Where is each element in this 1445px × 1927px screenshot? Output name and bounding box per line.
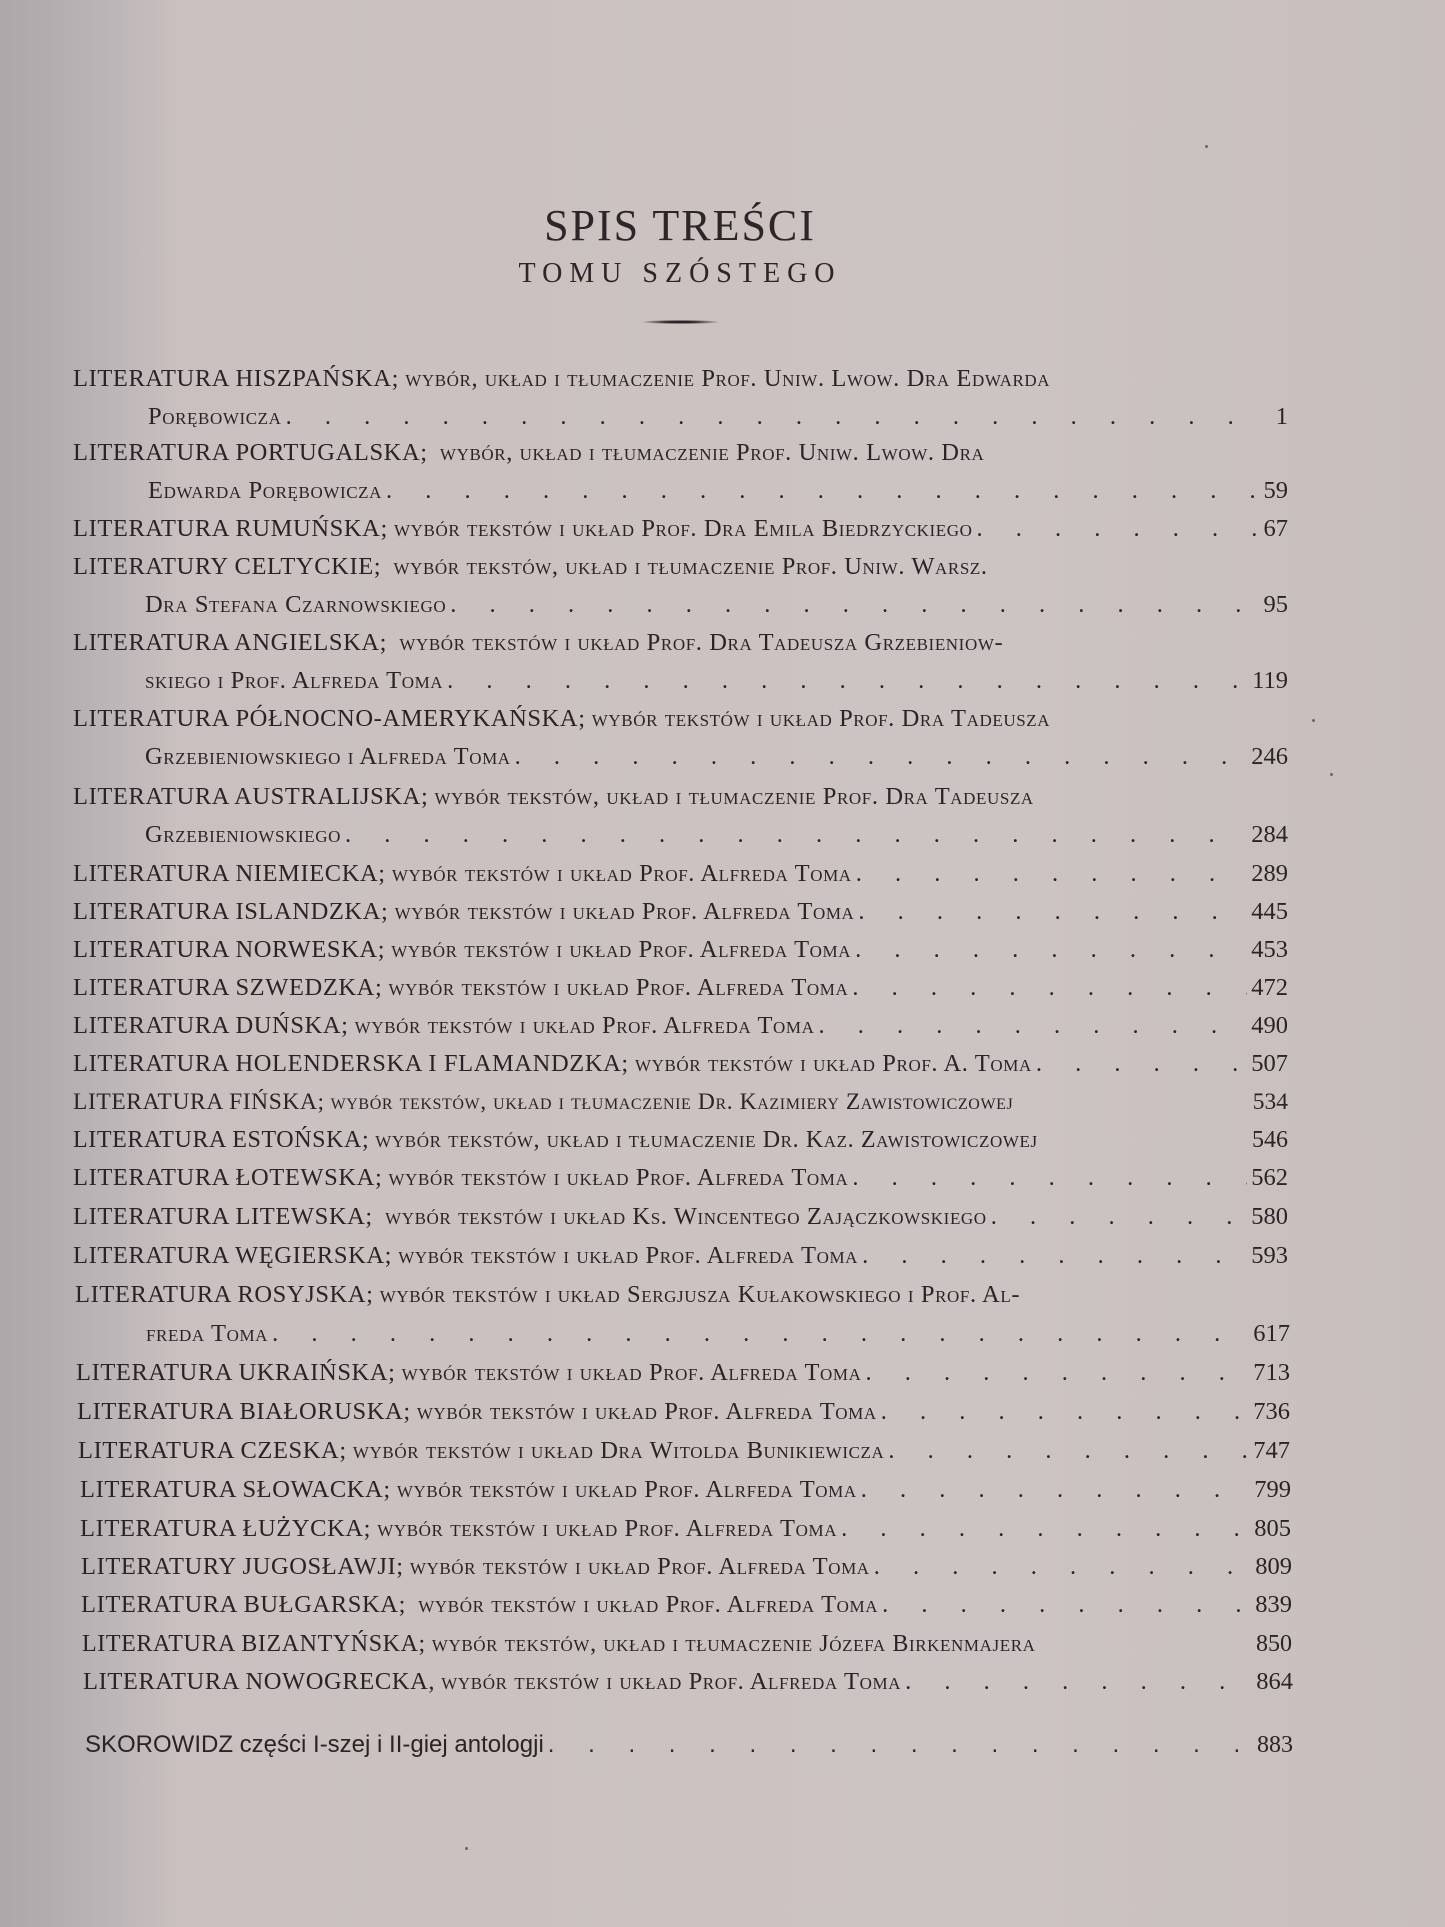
dot-leader: . . . . . . . . . . . . . . . . . . . . …	[1036, 1047, 1247, 1081]
page-number: 839	[1255, 1588, 1292, 1622]
page-number: 809	[1255, 1550, 1292, 1584]
toc-entry: LITERATURA UKRAIŃSKA; wybór tekstów i uk…	[76, 1356, 1290, 1390]
entry-author: Dra Stefana Czarnowskiego	[145, 588, 446, 622]
toc-entry: LITERATURA DUŃSKA; wybór tekstów i układ…	[73, 1009, 1288, 1043]
dot-leader: . . . . . . . . . . . . . . . . . . . . …	[861, 1473, 1251, 1507]
entry-description: wybór tekstów i układ Prof. Alfreda Toma	[398, 1239, 858, 1273]
dot-leader: . . . . . . . . . . . . . . . . . . . . …	[881, 1395, 1250, 1429]
entry-heading: LITERATURA NORWESKA;	[73, 933, 385, 967]
entry-heading: LITERATURA WĘGIERSKA;	[73, 1239, 392, 1273]
entry-description: wybór tekstów i układ Prof. Dra Tadeusza…	[399, 626, 1003, 660]
entry-author: Grzebieniowskiego i Alfreda Toma	[145, 740, 511, 774]
entry-heading: LITERATURY JUGOSŁAWJI;	[81, 1550, 404, 1584]
toc-entry: LITERATURA RUMUŃSKA; wybór tekstów i ukł…	[73, 512, 1288, 546]
dot-leader: . . . . . . . . . . . . . . . . . . . . …	[905, 1665, 1252, 1699]
entry-heading: LITERATURA CZESKA;	[78, 1434, 347, 1468]
entry-heading: LITERATURA NOWOGRECKA,	[83, 1665, 435, 1699]
entry-description: wybór tekstów, układ i tłumaczenie Józef…	[432, 1627, 1036, 1661]
entry-heading: LITERATURY CELTYCKIE;	[73, 550, 381, 584]
page-number: 453	[1251, 933, 1288, 967]
page-number: 747	[1253, 1434, 1290, 1468]
toc-entry: LITERATURA NIEMIECKA; wybór tekstów i uk…	[73, 857, 1288, 891]
entry-heading: LITERATURA PÓŁNOCNO-AMERYKAŃSKA;	[73, 702, 586, 736]
toc-entry: LITERATURA HOLENDERSKA I FLAMANDZKA; wyb…	[73, 1047, 1288, 1081]
toc-entry-continuation: Grzebieniowskiego i Alfreda Toma . . . .…	[145, 740, 1288, 774]
entry-author: Edwarda Porębowicza	[148, 474, 382, 508]
dot-leader: . . . . . . . . . . . . . . . . . . . . …	[862, 1239, 1247, 1273]
entry-heading: LITERATURA FIŃSKA;	[73, 1085, 325, 1119]
dot-leader: . . . . . . . . . . . . . . . . . . . . …	[841, 1512, 1250, 1546]
entry-description: wybór tekstów i układ Dra Witolda Buniki…	[353, 1434, 885, 1468]
entry-description: wybór, układ i tłumaczenie Prof. Uniw. L…	[440, 439, 985, 466]
dot-leader: . . . . . . . . . . . . . . . . . . . . …	[977, 512, 1260, 546]
page-number: 507	[1251, 1047, 1288, 1081]
entry-heading: LITERATURA ŁOTEWSKA;	[73, 1161, 382, 1195]
toc-entry: LITERATURA HISZPAŃSKA; wybór, układ i tł…	[73, 362, 1233, 396]
entry-heading: LITERATURA NIEMIECKA;	[73, 857, 386, 891]
entry-heading: LITERATURA RUMUŃSKA;	[73, 512, 388, 546]
entry-description: wybór tekstów i układ Prof. Alrfeda Toma	[397, 1473, 857, 1507]
entry-description: wybór tekstów i układ Prof. Alfreda Toma	[410, 1550, 870, 1584]
dot-leader: . . . . . . . . . . . . . . . . . . . . …	[866, 1356, 1250, 1390]
toc-entry: LITERATURA PORTUGALSKA; wybór, układ i t…	[73, 436, 1233, 470]
dot-leader: . . . . . . . . . . . . . . . . . . . . …	[858, 895, 1247, 929]
entry-description: wybór tekstów, układ i tłumaczenie Prof.…	[393, 550, 987, 584]
entry-heading: LITERATURA DUŃSKA;	[73, 1009, 349, 1043]
table-of-contents: LITERATURA HISZPAŃSKA; wybór, układ i tł…	[0, 0, 1445, 1927]
entry-heading: LITERATURA ROSYJSKA;	[75, 1278, 374, 1312]
entry-description: wybór tekstów i układ Prof. A. Toma	[635, 1047, 1032, 1081]
dot-leader: . . . . . . . . . . . . . . . . . . . . …	[991, 1200, 1248, 1234]
entry-description: wybór tekstów, układ i tłumaczenie Prof.…	[435, 780, 1034, 814]
page-number: 562	[1251, 1161, 1288, 1195]
entry-heading: LITERATURA ŁUŻYCKA;	[80, 1512, 371, 1546]
entry-heading: LITERATURA ESTOŃSKA;	[73, 1123, 369, 1157]
page-number: 1	[1264, 400, 1288, 434]
dot-leader: . . . . . . . . . . . . . . . . . . . . …	[852, 1161, 1247, 1195]
entry-description: wybór tekstów, układ i tłumaczenie Dr. K…	[331, 1085, 1014, 1119]
dot-leader: . . . . . . . . . . . . . . . . . . . . …	[515, 740, 1248, 774]
toc-entry: LITERATURA BIAŁORUSKA; wybór tekstów i u…	[77, 1395, 1290, 1429]
paper-speck	[1330, 773, 1333, 776]
entry-description: wybór tekstów i układ Prof. Alfreda Toma	[418, 1588, 878, 1622]
entry-description: wybór tekstów i układ Prof. Alfreda Toma	[417, 1395, 877, 1429]
entry-heading: LITERATURA ISLANDZKA;	[73, 895, 388, 929]
page-number: 445	[1251, 895, 1288, 929]
toc-entry: LITERATURA SŁOWACKA; wybór tekstów i ukł…	[80, 1473, 1291, 1507]
entry-description: wybór tekstów i układ Prof. Alfreda Toma	[395, 895, 855, 929]
entry-heading: LITERATURA PORTUGALSKA;	[73, 439, 428, 466]
dot-leader: . . . . . . . . . . . . . . . . . . . . …	[345, 818, 1247, 852]
toc-entry: LITERATURA AUSTRALIJSKA; wybór tekstów, …	[73, 780, 1243, 814]
dot-leader: . . . . . . . . . . . . . . . . . . . . …	[286, 400, 1260, 434]
page-number: 580	[1251, 1200, 1288, 1234]
entry-description: wybór tekstów i układ Prof. Alfreda Toma	[402, 1356, 862, 1390]
toc-entry-continuation: Porębowicza . . . . . . . . . . . . . . …	[148, 400, 1288, 434]
toc-entry-continuation: skiego i Prof. Alfreda Toma . . . . . . …	[145, 664, 1288, 698]
page-number: 617	[1253, 1317, 1290, 1351]
toc-entry: LITERATURA ANGIELSKA; wybór tekstów i uk…	[73, 626, 1243, 660]
entry-heading: LITERATURA LITEWSKA;	[73, 1200, 373, 1234]
paper-speck	[1205, 145, 1208, 148]
entry-heading: LITERATURA AUSTRALIJSKA;	[73, 780, 428, 814]
entry-description: wybór tekstów i układ Prof. Dra Tadeusza	[592, 702, 1050, 736]
entry-description: wybór tekstów i układ Prof. Alfreda Toma	[441, 1665, 901, 1699]
entry-author: freda Toma	[146, 1317, 268, 1351]
page-number: 593	[1251, 1239, 1288, 1273]
entry-description: wybór tekstów i układ Prof. Alfreda Toma	[389, 1161, 849, 1195]
entry-author: Grzebieniowskiego	[145, 818, 341, 852]
toc-entry: LITERATURA WĘGIERSKA; wybór tekstów i uk…	[73, 1239, 1288, 1273]
toc-entry: LITERATURA ŁUŻYCKA; wybór tekstów i ukła…	[80, 1512, 1291, 1546]
page-number: 67	[1264, 512, 1289, 546]
entry-heading: LITERATURA BIZANTYŃSKA;	[82, 1627, 426, 1661]
entry-heading: LITERATURA BUŁGARSKA;	[81, 1588, 406, 1622]
toc-entry: LITERATURA CZESKA; wybór tekstów i układ…	[78, 1434, 1290, 1468]
toc-entry-continuation: Grzebieniowskiego . . . . . . . . . . . …	[145, 818, 1288, 852]
page-number: 713	[1253, 1356, 1290, 1390]
toc-entry: LITERATURA SZWEDZKA; wybór tekstów i ukł…	[73, 971, 1288, 1005]
page-number: 864	[1256, 1665, 1293, 1699]
toc-entry: LITERATURA FIŃSKA; wybór tekstów, układ …	[73, 1085, 1288, 1119]
entry-description: wybór tekstów i układ Prof. Dra Emila Bi…	[394, 512, 973, 546]
toc-entry: LITERATURA NOWOGRECKA, wybór tekstów i u…	[83, 1665, 1293, 1699]
page-number: 490	[1251, 1009, 1288, 1043]
toc-entry: LITERATURA LITEWSKA; wybór tekstów i ukł…	[73, 1200, 1288, 1234]
entry-author: Porębowicza	[148, 400, 282, 434]
toc-entry-continuation: Edwarda Porębowicza . . . . . . . . . . …	[148, 474, 1288, 508]
entry-heading: SKOROWIDZ	[85, 1728, 233, 1762]
entry-description: wybór tekstów i układ Ks. Wincentego Zaj…	[385, 1200, 987, 1234]
entry-heading: LITERATURA SZWEDZKA;	[73, 971, 382, 1005]
toc-entry: LITERATURA BUŁGARSKA; wybór tekstów i uk…	[81, 1588, 1292, 1622]
entry-heading: LITERATURA SŁOWACKA;	[80, 1473, 391, 1507]
toc-entry: LITERATURA ISLANDZKA; wybór tekstów i uk…	[73, 895, 1288, 929]
entry-description: wybór tekstów i układ Prof. Alfreda Toma	[392, 857, 852, 891]
paper-speck	[1312, 719, 1315, 722]
page-number: 246	[1251, 740, 1288, 774]
entry-heading: LITERATURA HISZPAŃSKA;	[73, 362, 399, 396]
entry-heading: LITERATURA ANGIELSKA;	[73, 626, 387, 660]
toc-entry: LITERATURA ROSYJSKA; wybór tekstów i ukł…	[75, 1278, 1245, 1312]
page-number: 883	[1257, 1728, 1293, 1762]
entry-description: wybór tekstów i układ Prof. Alfreda Toma	[389, 971, 849, 1005]
entry-heading: LITERATURA BIAŁORUSKA;	[77, 1395, 411, 1429]
page-number: 119	[1252, 664, 1288, 698]
dot-leader: . . . . . . . . . . . . . . . . . . . . …	[272, 1317, 1249, 1351]
paper-speck	[465, 1847, 468, 1850]
page-number: 289	[1251, 857, 1288, 891]
dot-leader: . . . . . . . . . . . . . . . . . . . . …	[548, 1728, 1253, 1762]
dot-leader: . . . . . . . . . . . . . . . . . . . . …	[819, 1009, 1248, 1043]
page-number: 546	[1252, 1123, 1288, 1157]
toc-entry: LITERATURA NORWESKA; wybór tekstów i ukł…	[73, 933, 1288, 967]
dot-leader: . . . . . . . . . . . . . . . . . . . . …	[856, 857, 1248, 891]
entry-description: wybór tekstów i układ Sergjusza Kułakows…	[380, 1278, 1020, 1312]
entry-heading: LITERATURA UKRAIŃSKA;	[76, 1356, 396, 1390]
entry-description: wybór tekstów i układ Prof. Alfreda Toma	[355, 1009, 815, 1043]
page-number: 799	[1254, 1473, 1291, 1507]
page-number: 472	[1251, 971, 1288, 1005]
dot-leader: . . . . . . . . . . . . . . . . . . . . …	[874, 1550, 1252, 1584]
toc-entry-continuation: freda Toma . . . . . . . . . . . . . . .…	[146, 1317, 1290, 1351]
page-number: 95	[1264, 588, 1289, 622]
page-number: 534	[1253, 1085, 1288, 1119]
dot-leader: . . . . . . . . . . . . . . . . . . . . …	[852, 971, 1247, 1005]
dot-leader: . . . . . . . . . . . . . . . . . . . . …	[855, 933, 1247, 967]
toc-entry: LITERATURY CELTYCKIE; wybór tekstów, ukł…	[73, 550, 1243, 584]
toc-entry: LITERATURY JUGOSŁAWJI; wybór tekstów i u…	[81, 1550, 1292, 1584]
toc-entry: LITERATURA PÓŁNOCNO-AMERYKAŃSKA; wybór t…	[73, 702, 1243, 736]
dot-leader: . . . . . . . . . . . . . . . . . . . . …	[386, 474, 1259, 508]
entry-description: wybór tekstów, układ i tłumaczenie Dr. K…	[375, 1123, 1037, 1157]
toc-entry: LITERATURA BIZANTYŃSKA; wybór tekstów, u…	[82, 1627, 1292, 1661]
toc-index-entry: SKOROWIDZ części I-szej i II-giej antolo…	[85, 1728, 1293, 1762]
page-number: 736	[1253, 1395, 1290, 1429]
toc-entry-continuation: Dra Stefana Czarnowskiego . . . . . . . …	[145, 588, 1288, 622]
book-page: SPIS TREŚCI TOMU SZÓSTEGO LITERATURA HIS…	[0, 0, 1445, 1927]
dot-leader: . . . . . . . . . . . . . . . . . . . . …	[450, 588, 1259, 622]
page-number: 59	[1264, 474, 1289, 508]
entry-heading: LITERATURA HOLENDERSKA I FLAMANDZKA;	[73, 1047, 629, 1081]
page-number: 850	[1256, 1627, 1292, 1661]
toc-entry: LITERATURA ESTOŃSKA; wybór tekstów, ukła…	[73, 1123, 1288, 1157]
page-number: 284	[1251, 818, 1288, 852]
dot-leader: . . . . . . . . . . . . . . . . . . . . …	[888, 1434, 1249, 1468]
entry-description: wybór tekstów i układ Prof. Alfreda Toma	[377, 1512, 837, 1546]
entry-description: wybór, układ i tłumaczenie Prof. Uniw. L…	[405, 362, 1050, 396]
dot-leader: . . . . . . . . . . . . . . . . . . . . …	[882, 1588, 1251, 1622]
entry-description: wybór tekstów i układ Prof. Alfreda Toma	[391, 933, 851, 967]
entry-description: części I-szej i II-giej antologji	[240, 1728, 544, 1762]
dot-leader: . . . . . . . . . . . . . . . . . . . . …	[447, 664, 1248, 698]
page-number: 805	[1254, 1512, 1291, 1546]
toc-entry: LITERATURA ŁOTEWSKA; wybór tekstów i ukł…	[73, 1161, 1288, 1195]
entry-author: skiego i Prof. Alfreda Toma	[145, 664, 443, 698]
